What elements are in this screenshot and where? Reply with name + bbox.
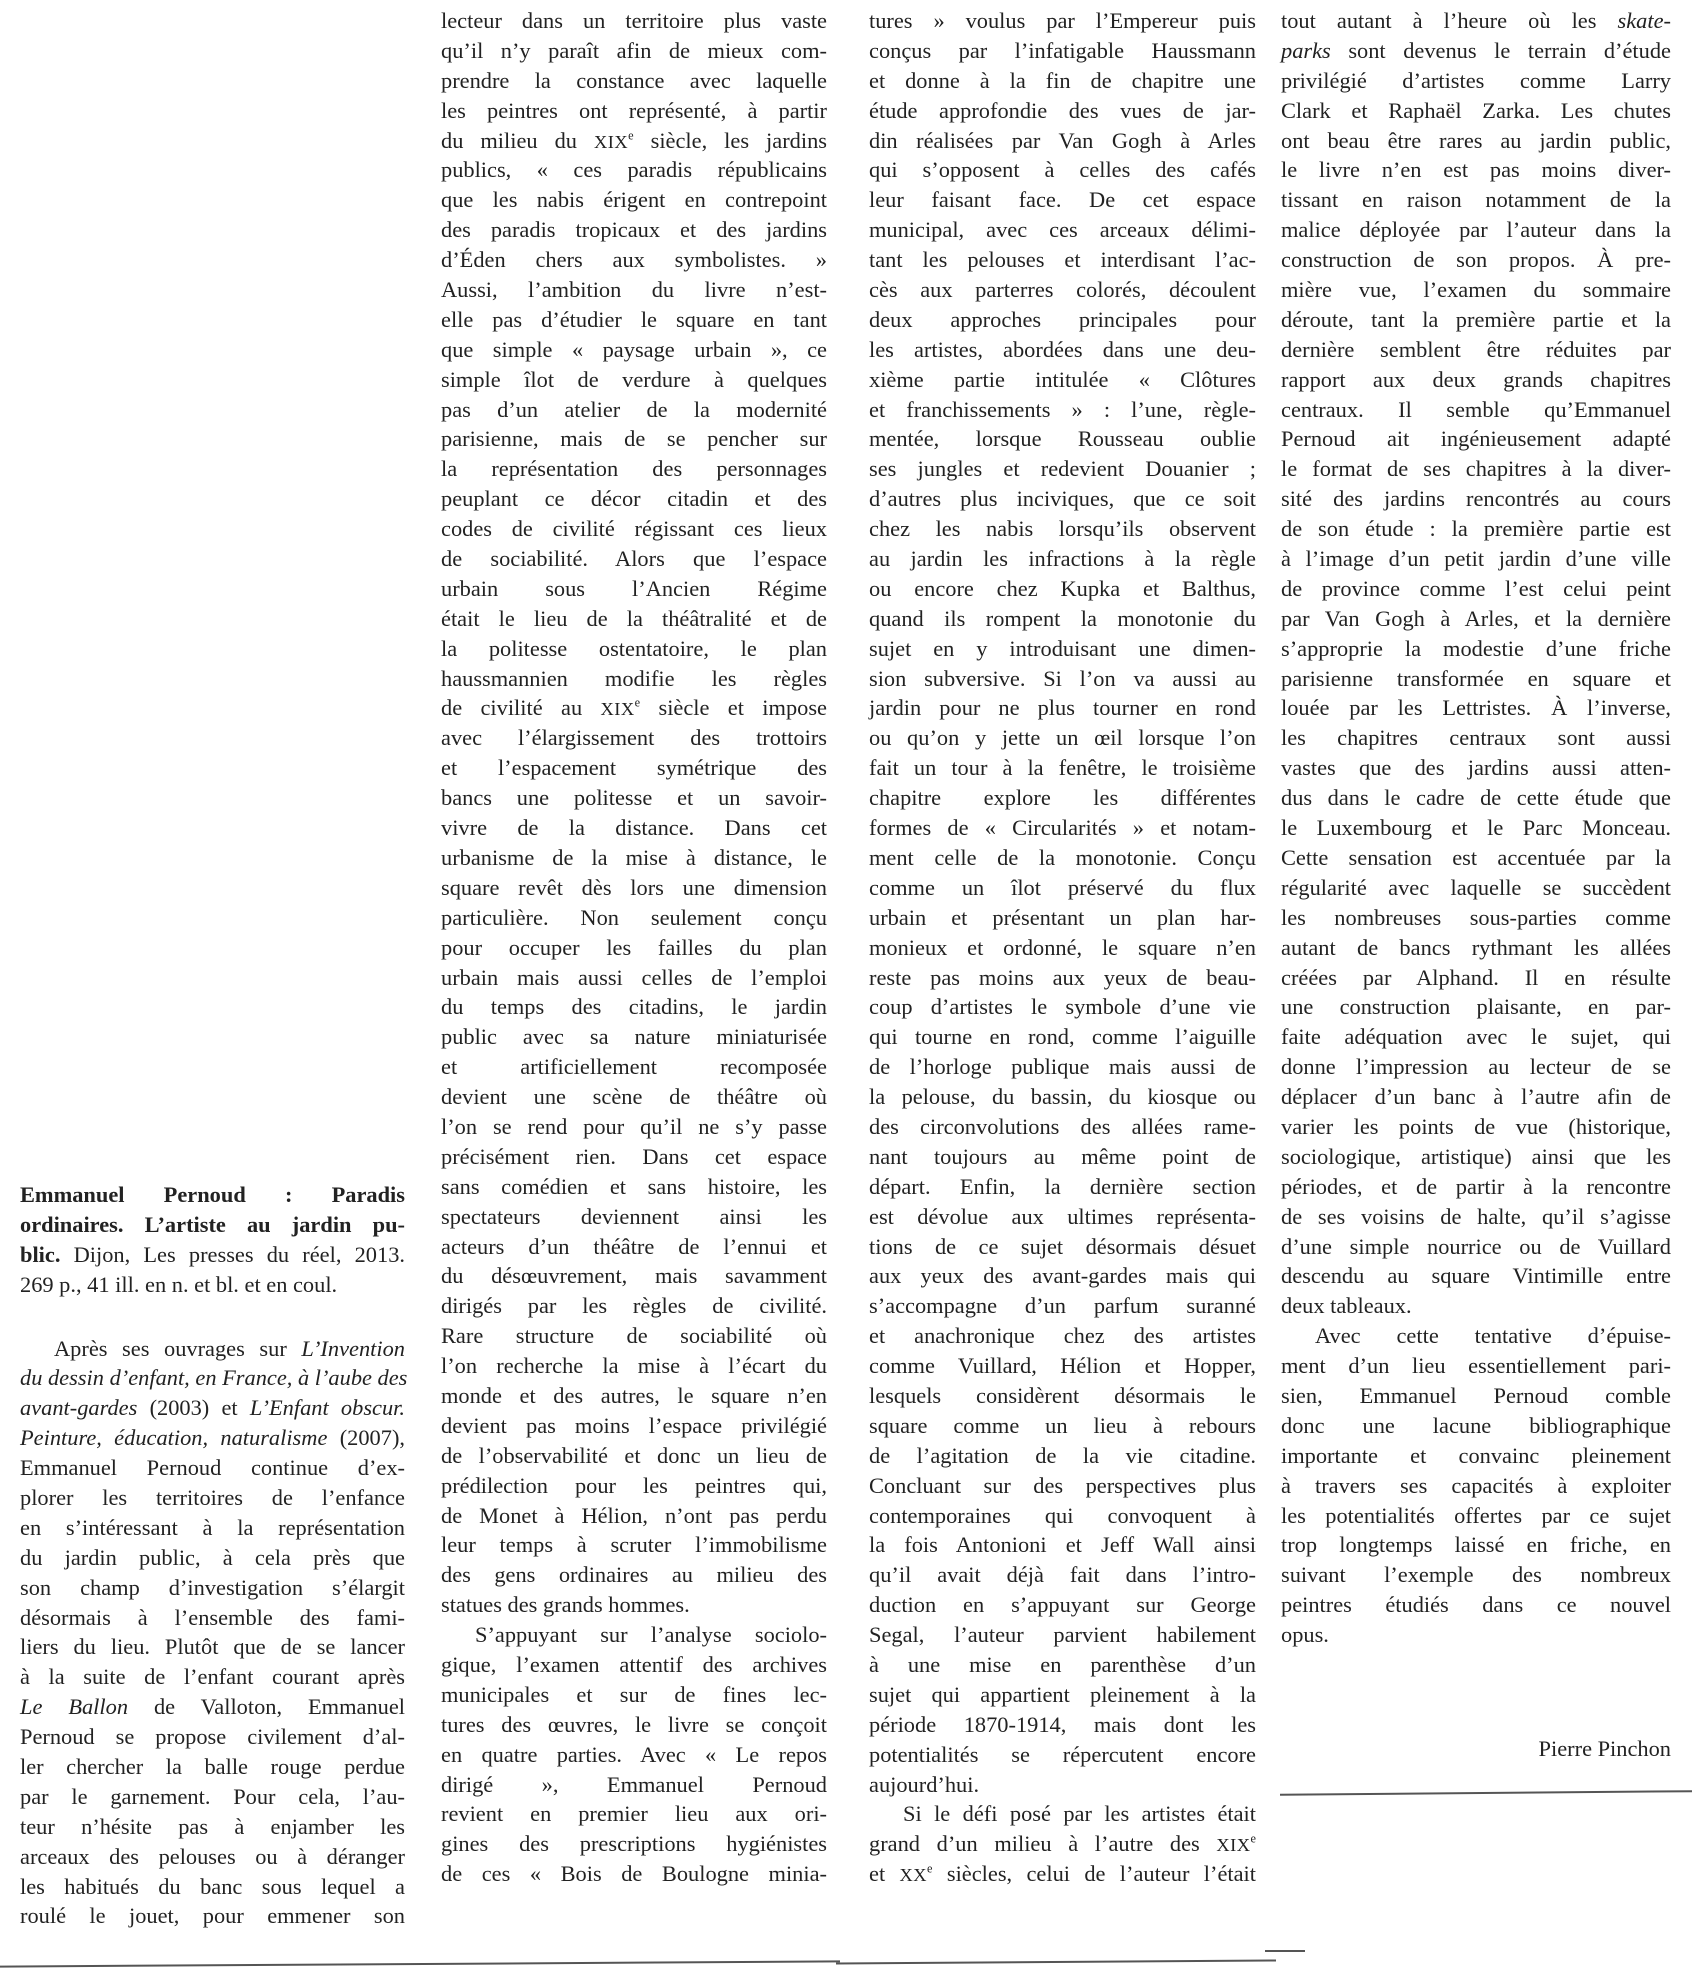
- text-line: tissant en raison notamment de la: [1281, 185, 1671, 215]
- text-line: Si le défi posé par les artistes était: [869, 1799, 1256, 1829]
- text-line: elle pas d’étudier le square en tant: [441, 305, 827, 335]
- text-line: roulé le jouet, pour emmener son: [20, 1901, 405, 1931]
- text-line: à l’image d’un petit jardin d’une ville: [1281, 544, 1671, 574]
- text-line: urbanisme de la mise à distance, le: [441, 843, 827, 873]
- text-line: en s’intéressant à la représentation: [20, 1513, 405, 1543]
- text-line: sion subversive. Si l’on va aussi au: [869, 664, 1256, 694]
- text-line: du désœuvrement, mais savamment: [441, 1261, 827, 1291]
- text-line: urbain et présentant un plan har-: [869, 903, 1256, 933]
- text-line: faite adéquation avec le sujet, qui: [1281, 1022, 1671, 1052]
- book-reference: Emmanuel Pernoud : Paradis ordinaires. L…: [20, 1180, 405, 1300]
- text-line: d’une simple nourrice ou de Vuillard: [1281, 1232, 1671, 1262]
- column-3: tures » voulus par l’Empereur puisconçus…: [869, 6, 1256, 1889]
- text-line: pas d’un atelier de la modernité: [441, 395, 827, 425]
- text-line: contemporaines qui convoquent à: [869, 1501, 1256, 1531]
- text-line: ses jungles et redevient Douanier ;: [869, 454, 1256, 484]
- text-line: acteurs d’un théâtre de l’ennui et: [441, 1232, 827, 1262]
- text-line: départ. Enfin, la dernière section: [869, 1172, 1256, 1202]
- text-line: trop longtemps laissé en friche, en: [1281, 1530, 1671, 1560]
- text-line: construction de son propos. À pre-: [1281, 245, 1671, 275]
- text-line: Peinture, éducation, naturalisme (2007),: [20, 1423, 405, 1453]
- text-line: S’appuyant sur l’analyse sociolo-: [441, 1620, 827, 1650]
- text-line: de l’horloge publique mais aussi de: [869, 1052, 1256, 1082]
- text-line: opus.: [1281, 1620, 1671, 1650]
- text-line: sité des jardins rencontrés au cours: [1281, 484, 1671, 514]
- text-line: fait un tour à la fenêtre, le troisième: [869, 753, 1256, 783]
- text-line: chez les nabis lorsqu’ils observent: [869, 514, 1256, 544]
- text-line: urbain sous l’Ancien Régime: [441, 574, 827, 604]
- text-line: descendu au square Vintimille entre: [1281, 1261, 1671, 1291]
- text-line: désormais à l’ensemble des fami-: [20, 1603, 405, 1633]
- text-line: à travers ses capacités à exploiter: [1281, 1471, 1671, 1501]
- text-line: autant de bancs rythmant les allées: [1281, 933, 1671, 963]
- text-line: était le lieu de la théâtralité et de: [441, 604, 827, 634]
- text-line: donne l’impression au lecteur de se: [1281, 1052, 1671, 1082]
- text-line: donc une lacune bibliographique: [1281, 1411, 1671, 1441]
- text-line: jardin pour ne plus tourner en rond: [869, 693, 1256, 723]
- text-line: Le Ballon de Valloton, Emmanuel: [20, 1692, 405, 1722]
- text-line: d’Éden chers aux symbolistes. »: [441, 245, 827, 275]
- text-line: ou encore chez Kupka et Balthus,: [869, 574, 1256, 604]
- text-line: square comme un lieu à rebours: [869, 1411, 1256, 1441]
- text-line: par Van Gogh à Arles, et la dernière: [1281, 604, 1671, 634]
- text-line: monieux et ordonné, le square n’en: [869, 933, 1256, 963]
- text-line: de Monet à Hélion, n’ont pas perdu: [441, 1501, 827, 1531]
- text-line: s’accompagne d’un parfum suranné: [869, 1291, 1256, 1321]
- text-line: varier les points de vue (historique,: [1281, 1112, 1671, 1142]
- text-line: est dévolue aux ultimes représenta-: [869, 1202, 1256, 1232]
- text-line: arceaux des pelouses ou à déranger: [20, 1842, 405, 1872]
- text-line: de l’observabilité et donc un lieu de: [441, 1441, 827, 1471]
- text-line: déplacer d’un banc à l’autre afin de: [1281, 1082, 1671, 1112]
- text-line: la fois Antonioni et Jeff Wall ainsi: [869, 1530, 1256, 1560]
- text-line: Concluant sur des perspectives plus: [869, 1471, 1256, 1501]
- text-line: au jardin les infractions à la règle: [869, 544, 1256, 574]
- text-line: les artistes, abordées dans une deu-: [869, 335, 1256, 365]
- text-line: sociologique, artistique) ainsi que les: [1281, 1142, 1671, 1172]
- text-line: du dessin d’enfant, en France, à l’aube …: [20, 1363, 405, 1393]
- text-line: potentialités se répercutent encore: [869, 1740, 1256, 1770]
- text-line: leur faisant face. De cet espace: [869, 185, 1256, 215]
- text-line: périodes, et de partir à la rencontre: [1281, 1172, 1671, 1202]
- text-line: qui s’opposent à celles des cafés: [869, 155, 1256, 185]
- text-line: déroute, tant la première partie et la: [1281, 305, 1671, 335]
- text-line: tions de ce sujet désormais désuet: [869, 1232, 1256, 1262]
- text-line: codes de civilité régissant ces lieux: [441, 514, 827, 544]
- text-line: régularité avec laquelle se succèdent: [1281, 873, 1671, 903]
- text-line: et XXe siècles, celui de l’auteur l’étai…: [869, 1859, 1256, 1889]
- text-line: privilégié d’artistes comme Larry: [1281, 66, 1671, 96]
- text-line: quand ils rompent la monotonie du: [869, 604, 1256, 634]
- text-line: lesquels considèrent désormais le: [869, 1381, 1256, 1411]
- text-line: les potentialités offertes par ce sujet: [1281, 1501, 1671, 1531]
- text-line: le format de ses chapitres à la diver-: [1281, 454, 1671, 484]
- text-line: reste pas moins aux yeux de beau-: [869, 963, 1256, 993]
- text-line: formes de « Circularités » et notam-: [869, 813, 1256, 843]
- column-4-text: tout autant à l’heure où les skate-parks…: [1281, 6, 1671, 1650]
- text-line: square revêt dès lors une dimension: [441, 873, 827, 903]
- text-line: prendre la constance avec laquelle: [441, 66, 827, 96]
- text-line: s’approprie la modestie d’une friche: [1281, 634, 1671, 664]
- text-line: parisienne, mais de se pencher sur: [441, 424, 827, 454]
- text-line: lecteur dans un territoire plus vaste: [441, 6, 827, 36]
- text-line: et l’espacement symétrique des: [441, 753, 827, 783]
- text-line: Cette sensation est accentuée par la: [1281, 843, 1671, 873]
- text-line: dirigés par les règles de civilité.: [441, 1291, 827, 1321]
- text-line: monde et des autres, le square n’en: [441, 1381, 827, 1411]
- text-line: de l’agitation de la vie citadine.: [869, 1441, 1256, 1471]
- text-line: devient pas moins l’espace privilégié: [441, 1411, 827, 1441]
- text-line: de son étude : la première partie est: [1281, 514, 1671, 544]
- text-line: les peintres ont représenté, à partir: [441, 96, 827, 126]
- text-line: la représentation des personnages: [441, 454, 827, 484]
- text-line: d’autres plus inciviques, que ce soit: [869, 484, 1256, 514]
- text-line: de civilité au XIXe siècle et impose: [441, 693, 827, 723]
- column-2-text: lecteur dans un territoire plus vastequ’…: [441, 6, 827, 1889]
- text-line: deux approches principales pour: [869, 305, 1256, 335]
- text-line: les nombreuses sous-parties comme: [1281, 903, 1671, 933]
- text-line: louée par les Lettristes. À l’inverse,: [1281, 693, 1671, 723]
- text-line: du temps des citadins, le jardin: [441, 992, 827, 1022]
- text-line: gines des prescriptions hygiénistes: [441, 1829, 827, 1859]
- reference-line-3: blic. Dijon, Les presses du réel, 2013.: [20, 1240, 405, 1270]
- text-line: et franchissements » : l’une, règle-: [869, 395, 1256, 425]
- reference-line-4: 269 p., 41 ill. en n. et bl. et en coul.: [20, 1270, 405, 1300]
- text-line: une construction plaisante, en par-: [1281, 992, 1671, 1022]
- text-line: qu’il n’y paraît afin de mieux com-: [441, 36, 827, 66]
- text-line: comme un îlot préservé du flux: [869, 873, 1256, 903]
- text-line: ont beau être rares au jardin public,: [1281, 126, 1671, 156]
- reference-line-1: Emmanuel Pernoud : Paradis: [20, 1180, 405, 1210]
- text-line: avant-gardes (2003) et L’Enfant obscur.: [20, 1393, 405, 1423]
- text-line: la politesse ostentatoire, le plan: [441, 634, 827, 664]
- text-line: Avec cette tentative d’épuise-: [1281, 1321, 1671, 1351]
- text-line: avec l’élargissement des trottoirs: [441, 723, 827, 753]
- text-line: et donne à la fin de chapitre une: [869, 66, 1256, 96]
- text-line: ment d’un lieu essentiellement pari-: [1281, 1351, 1671, 1381]
- text-line: coup d’artistes le symbole d’une vie: [869, 992, 1256, 1022]
- text-line: conçus par l’infatigable Haussmann: [869, 36, 1256, 66]
- text-line: rapport aux deux grands chapitres: [1281, 365, 1671, 395]
- text-line: étude approfondie des vues de jar-: [869, 96, 1256, 126]
- text-line: son champ d’investigation s’élargit: [20, 1573, 405, 1603]
- text-line: malice déployée par l’auteur dans la: [1281, 215, 1671, 245]
- text-line: l’on recherche la mise à l’écart du: [441, 1351, 827, 1381]
- text-line: simple îlot de verdure à quelques: [441, 365, 827, 395]
- page-edge-line-right: [1280, 1790, 1692, 1796]
- text-line: ou qu’on y jette un œil lorsque l’on: [869, 723, 1256, 753]
- text-line: ler chercher la balle rouge perdue: [20, 1752, 405, 1782]
- text-line: de province comme l’est celui peint: [1281, 574, 1671, 604]
- column-3-text: tures » voulus par l’Empereur puisconçus…: [869, 6, 1256, 1889]
- text-line: les chapitres centraux sont aussi: [1281, 723, 1671, 753]
- text-line: parks sont devenus le terrain d’étude: [1281, 36, 1671, 66]
- text-line: importante et convainc pleinement: [1281, 1441, 1671, 1471]
- column-1-text: Après ses ouvrages sur L’Inventiondu des…: [20, 1334, 405, 1932]
- text-line: suivant l’exemple des nombreux: [1281, 1560, 1671, 1590]
- text-line: chapitre explore les différentes: [869, 783, 1256, 813]
- text-line: du jardin public, à cela près que: [20, 1543, 405, 1573]
- text-line: dirigé », Emmanuel Pernoud: [441, 1770, 827, 1800]
- text-line: Segal, l’auteur parvient habilement: [869, 1620, 1256, 1650]
- text-line: Rare structure de sociabilité où: [441, 1321, 827, 1351]
- text-line: des paradis tropicaux et des jardins: [441, 215, 827, 245]
- text-line: en quatre parties. Avec « Le repos: [441, 1740, 827, 1770]
- text-line: par le garnement. Pour cela, l’au-: [20, 1782, 405, 1812]
- text-line: cès aux parterres colorés, découlent: [869, 275, 1256, 305]
- text-line: précisément rien. Dans cet espace: [441, 1142, 827, 1172]
- text-line: et anachronique chez des artistes: [869, 1321, 1256, 1351]
- text-line: haussmannien modifie les règles: [441, 664, 827, 694]
- text-line: vivre de la distance. Dans cet: [441, 813, 827, 843]
- text-line: créées par Alphand. Il en résulte: [1281, 963, 1671, 993]
- text-line: de ces « Bois de Boulogne minia-: [441, 1859, 827, 1889]
- text-line: et artificiellement recomposée: [441, 1052, 827, 1082]
- text-line: gique, l’examen attentif des archives: [441, 1650, 827, 1680]
- text-line: municipal, avec ces arceaux délimi-: [869, 215, 1256, 245]
- text-line: qu’il avait déjà fait dans l’intro-: [869, 1560, 1256, 1590]
- text-line: public avec sa nature miniaturisée: [441, 1022, 827, 1052]
- text-line: parisienne transformée en square et: [1281, 664, 1671, 694]
- text-line: Emmanuel Pernoud continue d’ex-: [20, 1453, 405, 1483]
- text-line: le livre n’en est pas moins diver-: [1281, 155, 1671, 185]
- text-line: la pelouse, du bassin, du kiosque ou: [869, 1082, 1256, 1112]
- text-line: plorer les territoires de l’enfance: [20, 1483, 405, 1513]
- text-line: sien, Emmanuel Pernoud comble: [1281, 1381, 1671, 1411]
- text-line: particulière. Non seulement conçu: [441, 903, 827, 933]
- text-line: Après ses ouvrages sur L’Invention: [20, 1334, 405, 1364]
- text-line: à la suite de l’enfant courant après: [20, 1662, 405, 1692]
- text-line: tout autant à l’heure où les skate-: [1281, 6, 1671, 36]
- text-line: liers du lieu. Plutôt que de se lancer: [20, 1632, 405, 1662]
- text-line: pour occuper les failles du plan: [441, 933, 827, 963]
- text-line: teur n’hésite pas à enjamber les: [20, 1812, 405, 1842]
- text-line: Pernoud ait ingénieusement adapté: [1281, 424, 1671, 454]
- text-line: revient en premier lieu aux ori-: [441, 1799, 827, 1829]
- text-line: que les nabis érigent en contrepoint: [441, 185, 827, 215]
- text-line: de sociabilité. Alors que l’espace: [441, 544, 827, 574]
- text-line: duction en s’appuyant sur George: [869, 1590, 1256, 1620]
- text-line: tant les pelouses et interdisant l’ac-: [869, 245, 1256, 275]
- text-line: le Luxembourg et le Parc Monceau.: [1281, 813, 1671, 843]
- text-line: à une mise en parenthèse d’un: [869, 1650, 1256, 1680]
- page-edge-line-bottom-right: [1265, 1950, 1305, 1952]
- column-2: lecteur dans un territoire plus vastequ’…: [441, 6, 827, 1889]
- text-line: tures » voulus par l’Empereur puis: [869, 6, 1256, 36]
- text-line: bancs une politesse et un savoir-: [441, 783, 827, 813]
- text-line: que simple « paysage urbain », ce: [441, 335, 827, 365]
- column-4: tout autant à l’heure où les skate-parks…: [1281, 6, 1671, 1650]
- text-line: mière vue, l’examen du sommaire: [1281, 275, 1671, 305]
- text-line: vastes que des jardins aussi atten-: [1281, 753, 1671, 783]
- text-line: municipales et sur de fines lec-: [441, 1680, 827, 1710]
- review-signature: Pierre Pinchon: [1281, 1736, 1671, 1762]
- text-line: urbain mais aussi celles de l’emploi: [441, 963, 827, 993]
- text-line: l’on se rend pour qu’il ne s’y passe: [441, 1112, 827, 1142]
- text-line: sujet qui appartient pleinement à la: [869, 1680, 1256, 1710]
- text-line: centraux. Il semble qu’Emmanuel: [1281, 395, 1671, 425]
- text-line: devient une scène de théâtre où: [441, 1082, 827, 1112]
- text-line: dernière semblent être réduites par: [1281, 335, 1671, 365]
- text-line: publics, « ces paradis républicains: [441, 155, 827, 185]
- text-line: Aussi, l’ambition du livre n’est-: [441, 275, 827, 305]
- text-line: aux yeux des avant-gardes mais qui: [869, 1261, 1256, 1291]
- text-line: spectateurs deviennent ainsi les: [441, 1202, 827, 1232]
- page-edge-line-middle: [836, 1959, 1276, 1964]
- text-line: statues des grands hommes.: [441, 1590, 827, 1620]
- text-line: xième partie intitulée « Clôtures: [869, 365, 1256, 395]
- text-line: qui tourne en rond, comme l’aiguille: [869, 1022, 1256, 1052]
- text-line: nant toujours au même point de: [869, 1142, 1256, 1172]
- text-line: dus dans le cadre de cette étude que: [1281, 783, 1671, 813]
- text-line: période 1870-1914, mais dont les: [869, 1710, 1256, 1740]
- text-line: des gens ordinaires au milieu des: [441, 1560, 827, 1590]
- text-line: mentée, lorsque Rousseau oublie: [869, 424, 1256, 454]
- text-line: aujourd’hui.: [869, 1770, 1256, 1800]
- text-line: prédilection pour les peintres qui,: [441, 1471, 827, 1501]
- page-edge-line-left: [0, 1960, 840, 1967]
- text-line: leur temps à scruter l’immobilisme: [441, 1530, 827, 1560]
- text-line: peintres étudiés dans ce nouvel: [1281, 1590, 1671, 1620]
- column-1: Emmanuel Pernoud : Paradis ordinaires. L…: [20, 1180, 405, 1931]
- text-line: des circonvolutions des allées rame-: [869, 1112, 1256, 1142]
- text-line: ment celle de la monotonie. Conçu: [869, 843, 1256, 873]
- text-line: tures des œuvres, le livre se conçoit: [441, 1710, 827, 1740]
- text-line: din réalisées par Van Gogh à Arles: [869, 126, 1256, 156]
- text-line: comme Vuillard, Hélion et Hopper,: [869, 1351, 1256, 1381]
- text-line: peuplant ce décor citadin et des: [441, 484, 827, 514]
- text-line: sans comédien et sans histoire, les: [441, 1172, 827, 1202]
- text-line: sujet en y introduisant une dimen-: [869, 634, 1256, 664]
- text-line: du milieu du XIXe siècle, les jardins: [441, 126, 827, 156]
- text-line: grand d’un milieu à l’autre des XIXe: [869, 1829, 1256, 1859]
- text-line: les habitués du banc sous lequel a: [20, 1872, 405, 1902]
- text-line: Pernoud se propose civilement d’al-: [20, 1722, 405, 1752]
- text-line: deux tableaux.: [1281, 1291, 1671, 1321]
- text-line: de ses voisins de halte, qu’il s’agisse: [1281, 1202, 1671, 1232]
- text-line: Clark et Raphaël Zarka. Les chutes: [1281, 96, 1671, 126]
- reference-line-2: ordinaires. L’artiste au jardin pu-: [20, 1210, 405, 1240]
